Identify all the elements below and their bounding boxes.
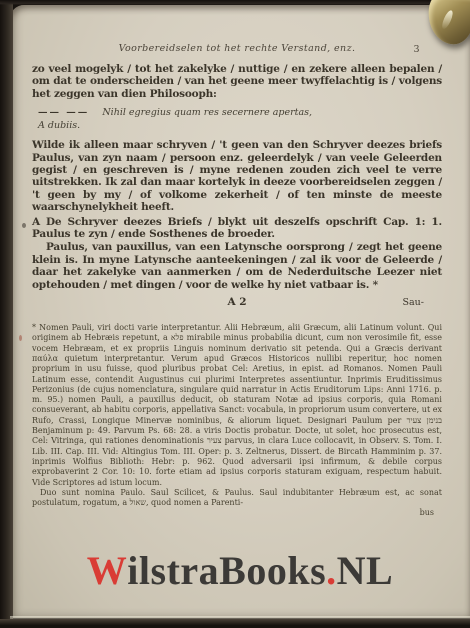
signature-mark: A 2 (227, 296, 246, 308)
watermark-w: W (87, 547, 128, 594)
catchword: Sau- (402, 297, 424, 308)
watermark-dot: . (326, 547, 337, 594)
footnote-catchword: bus (32, 508, 442, 518)
body-paragraph-1: zo veel mogelyk / tot het zakelyke / nut… (32, 63, 442, 100)
running-header: Voorbereidselen tot het rechte Verstand,… (32, 43, 442, 54)
quote-latin-text: Nihil egregius quam res secernere aperta… (102, 107, 312, 118)
page-content: Voorbereidselen tot het rechte Verstand,… (32, 43, 442, 519)
footnote-paragraph-2: Duo sunt nomina Paulo. Saul Scilicet, & … (32, 488, 442, 509)
brass-clip-glint (440, 9, 455, 30)
margin-speck-icon (22, 223, 26, 228)
quote-dashes: —— —— (38, 107, 89, 118)
body-paragraph-3: A De Schryver deezes Briefs / blykt uit … (32, 216, 442, 241)
watermark-mid: ilstraBooks (127, 547, 326, 594)
watermark-nl: NL (337, 547, 394, 594)
signature-row: A 2 Sau- (32, 296, 442, 309)
page-bottom-edge (0, 619, 470, 628)
book-gutter-shadow (0, 0, 13, 628)
body-paragraph-4: Paulus, van pauxillus, van een Latynsche… (32, 241, 442, 291)
margin-speck-red-icon (19, 335, 22, 341)
quote-source: A dubiis. (38, 120, 442, 131)
footnote-paragraph-1: * Nomen Pauli, viri docti varie interpre… (32, 323, 442, 488)
book-page-photo: Voorbereidselen tot het rechte Verstand,… (0, 0, 470, 628)
footnote: * Nomen Pauli, viri docti varie interpre… (32, 323, 442, 519)
body-paragraph-2: Wilde ik alleen maar schryven / 't geen … (32, 139, 442, 213)
page-number: 3 (414, 44, 420, 55)
book-page: Voorbereidselen tot het rechte Verstand,… (10, 5, 470, 618)
latin-quote: —— —— Nihil egregius quam res secernere … (38, 107, 442, 118)
page-top-edge (0, 0, 470, 5)
watermark-wilstrabooks: WilstraBooks.NL (10, 544, 470, 596)
header-title: Voorbereidselen tot het rechte Verstand,… (119, 43, 356, 54)
